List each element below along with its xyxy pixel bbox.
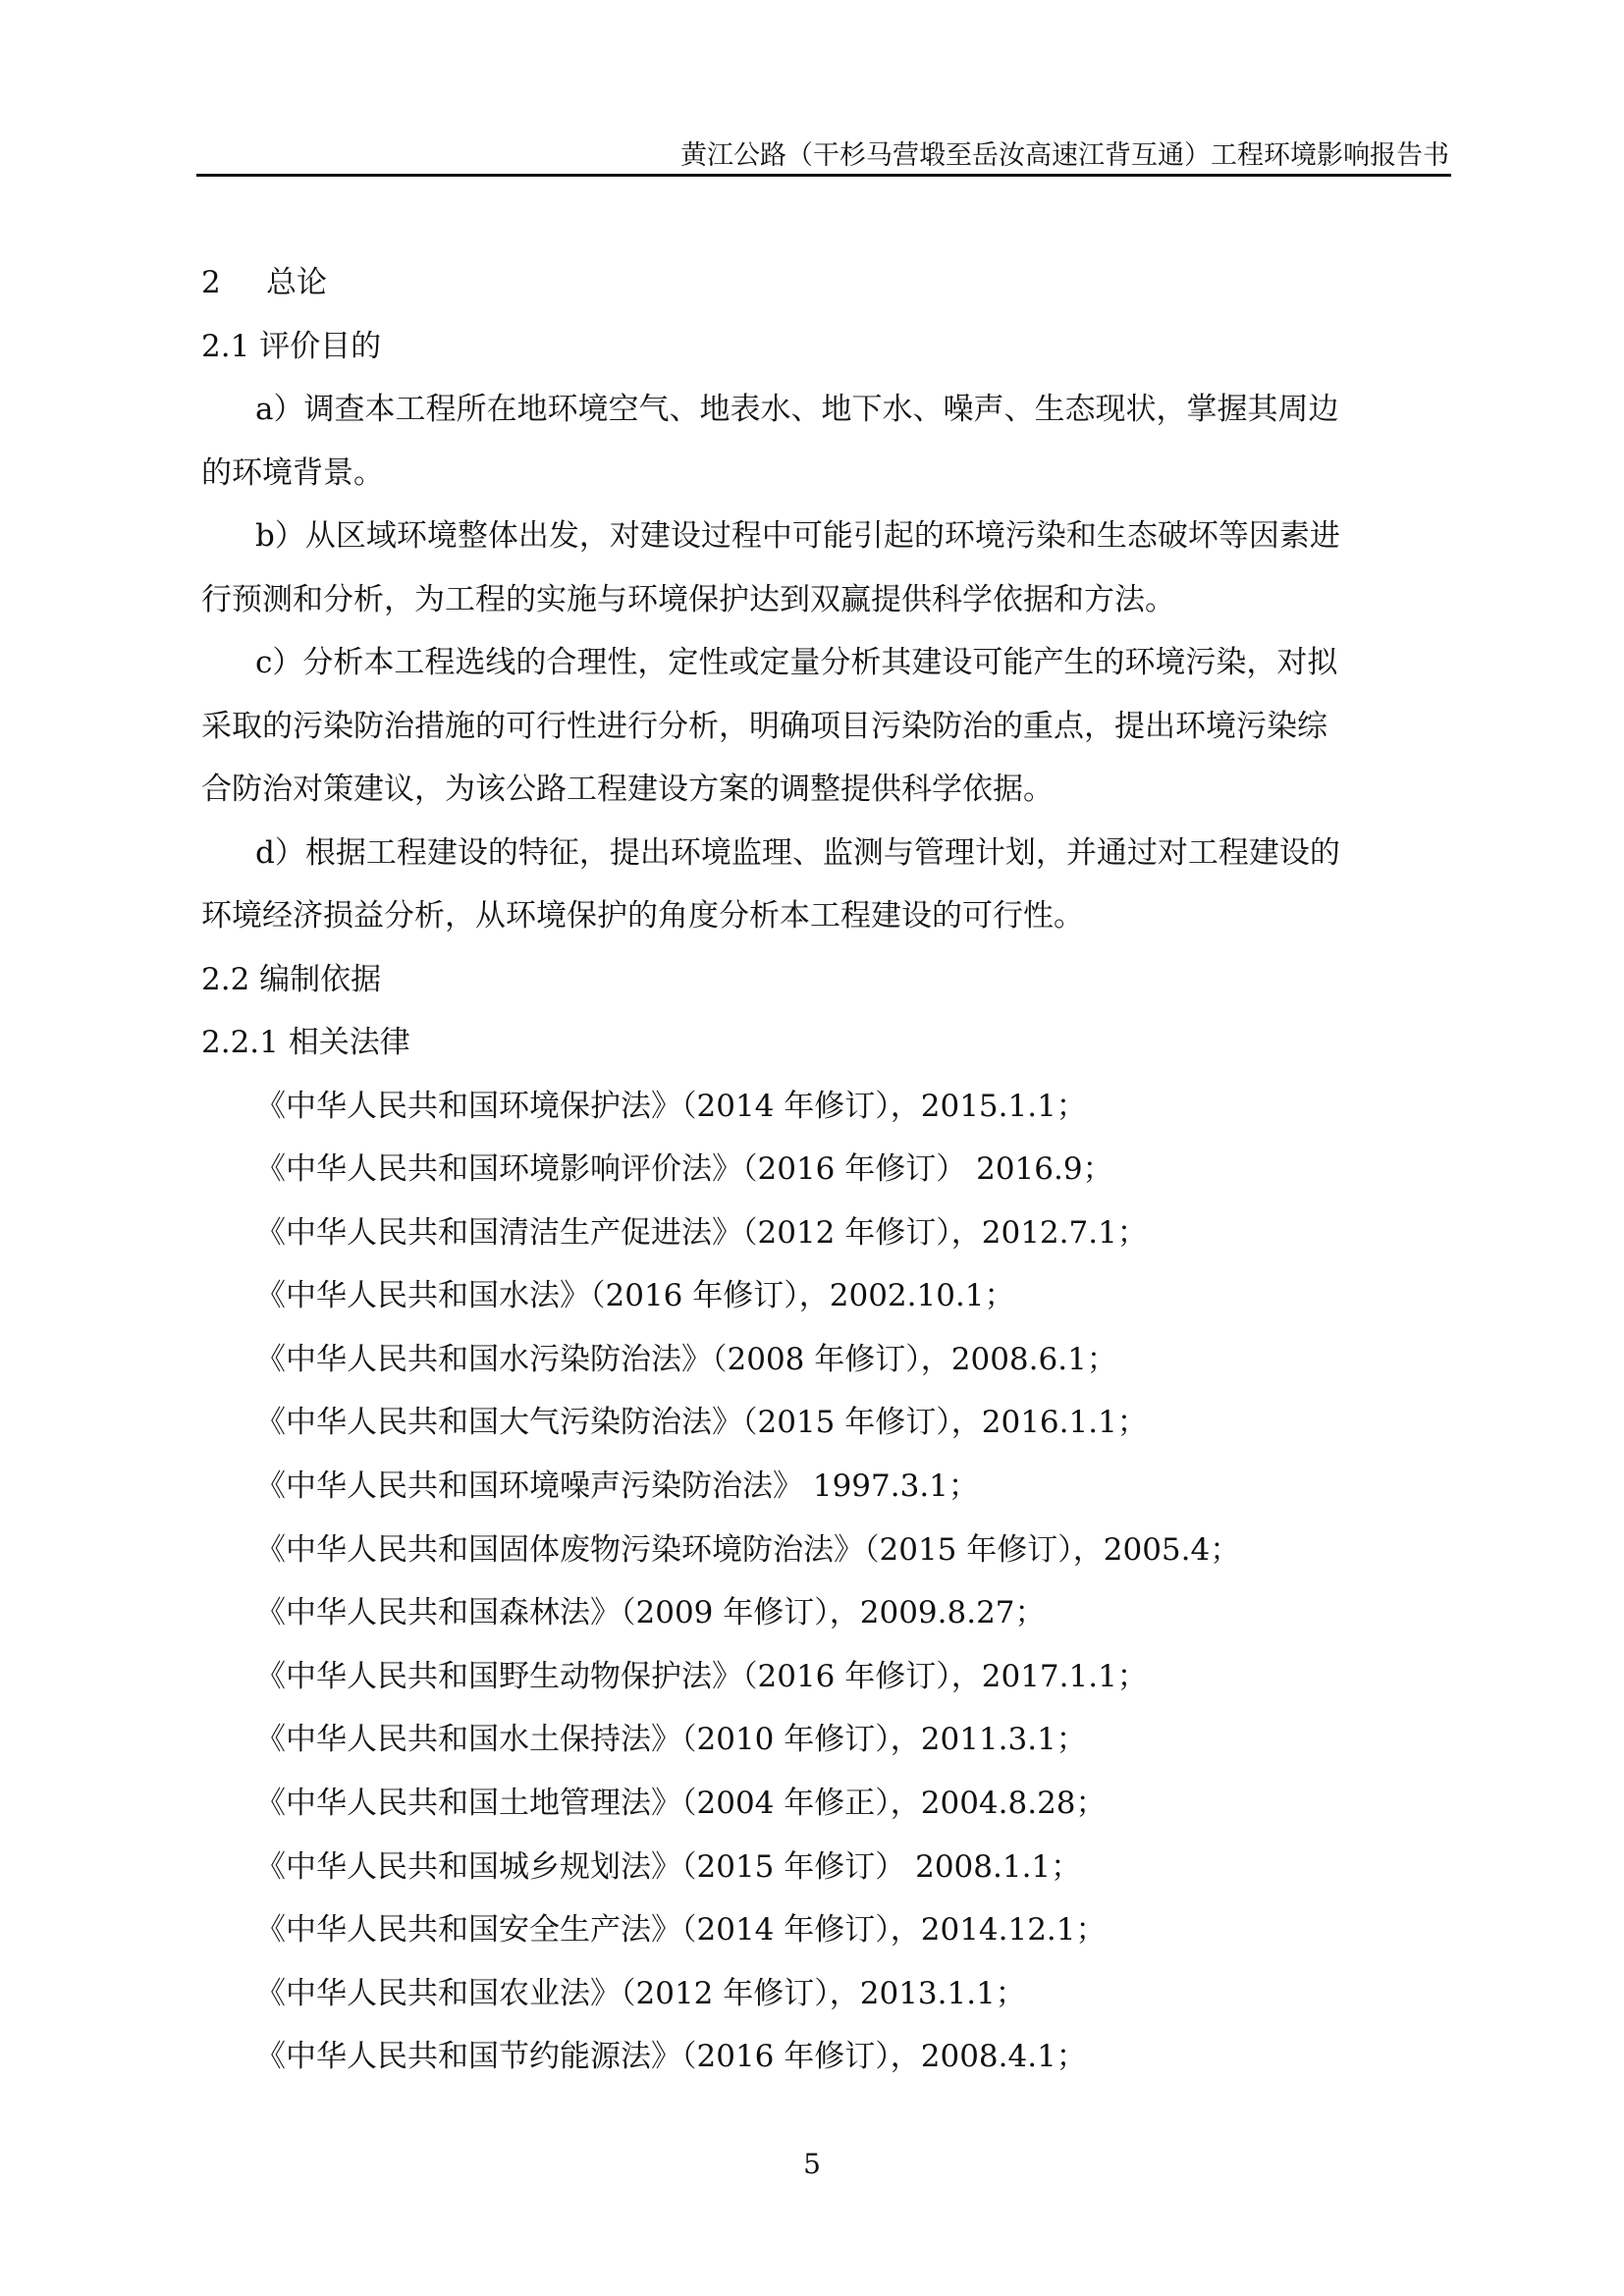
law-item: 《中华人民共和国环境噪声污染防治法》 1997.3.1； [201, 1455, 1448, 1519]
law-item: 《中华人民共和国土地管理法》（2004 年修正），2004.8.28； [201, 1772, 1448, 1836]
subsection-heading-2-2-1: 2.2.1 相关法律 [201, 1011, 1448, 1075]
subsection-number: 2.2.1 [201, 1025, 279, 1060]
purpose-text: 分析本工程选线的合理性，定性或定量分析其建设可能产生的环境污染，对拟 [302, 645, 1337, 680]
law-item: 《中华人民共和国农业法》（2012 年修订），2013.1.1； [201, 1962, 1448, 2026]
purpose-a-line-2: 的环境背景。 [201, 442, 1448, 506]
subsection-number: 2.1 [201, 329, 249, 364]
law-item: 《中华人民共和国安全生产法》（2014 年修订），2014.12.1； [201, 1898, 1448, 1962]
subsection-title: 相关法律 [289, 1025, 410, 1060]
subsection-heading-2-1: 2.1 评价目的 [201, 315, 1448, 379]
subsection-title: 评价目的 [259, 329, 381, 364]
section-title: 总论 [266, 265, 327, 300]
header-divider [196, 174, 1451, 177]
purpose-a-line-1: a）调查本工程所在地环境空气、地表水、地下水、噪声、生态现状，掌握其周边 [201, 378, 1448, 442]
law-item: 《中华人民共和国环境影响评价法》（2016 年修订） 2016.9； [201, 1138, 1448, 1201]
subsection-title: 编制依据 [259, 962, 381, 997]
subsection-heading-2-2: 2.2 编制依据 [201, 948, 1448, 1012]
purpose-label: c） [255, 645, 302, 680]
purpose-c-line-3: 合防治对策建议，为该公路工程建设方案的调整提供科学依据。 [201, 758, 1448, 822]
purpose-text: 从区域环境整体出发，对建设过程中可能引起的环境污染和生态破坏等因素进 [305, 518, 1340, 554]
subsection-number: 2.2 [201, 962, 249, 997]
law-list: 《中华人民共和国环境保护法》（2014 年修订），2015.1.1； 《中华人民… [201, 1075, 1448, 2090]
law-item: 《中华人民共和国城乡规划法》（2015 年修订） 2008.1.1； [201, 1836, 1448, 1899]
purpose-label: b） [255, 518, 305, 554]
purpose-label: d） [255, 835, 305, 871]
purpose-b-line-1: b）从区域环境整体出发，对建设过程中可能引起的环境污染和生态破坏等因素进 [201, 505, 1448, 568]
law-item: 《中华人民共和国清洁生产促进法》（2012 年修订），2012.7.1； [201, 1201, 1448, 1265]
law-item: 《中华人民共和国大气污染防治法》（2015 年修订），2016.1.1； [201, 1391, 1448, 1455]
law-item: 《中华人民共和国节约能源法》（2016 年修订），2008.4.1； [201, 2025, 1448, 2089]
running-header: 黄江公路（干杉马营塅至岳汝高速江背互通）工程环境影响报告书 [680, 133, 1449, 172]
law-item: 《中华人民共和国固体废物污染环境防治法》（2015 年修订），2005.4； [201, 1519, 1448, 1582]
purpose-text: 调查本工程所在地环境空气、地表水、地下水、噪声、生态现状，掌握其周边 [303, 392, 1338, 427]
law-item: 《中华人民共和国环境保护法》（2014 年修订），2015.1.1； [201, 1075, 1448, 1139]
section-number: 2 [201, 251, 266, 315]
purpose-b-line-2: 行预测和分析，为工程的实施与环境保护达到双赢提供科学依据和方法。 [201, 568, 1448, 632]
page-body: 2总论 2.1 评价目的 a）调查本工程所在地环境空气、地表水、地下水、噪声、生… [201, 251, 1448, 2089]
law-item: 《中华人民共和国水法》（2016 年修订），2002.10.1； [201, 1264, 1448, 1328]
purpose-text: 根据工程建设的特征，提出环境监理、监测与管理计划，并通过对工程建设的 [305, 835, 1340, 871]
law-item: 《中华人民共和国野生动物保护法》（2016 年修订），2017.1.1； [201, 1645, 1448, 1709]
section-heading: 2总论 [201, 251, 1448, 315]
page-number: 5 [0, 2148, 1624, 2180]
purpose-c-line-1: c）分析本工程选线的合理性，定性或定量分析其建设可能产生的环境污染，对拟 [201, 631, 1448, 695]
law-item: 《中华人民共和国水土保持法》（2010 年修订），2011.3.1； [201, 1708, 1448, 1772]
purpose-d-line-2: 环境经济损益分析，从环境保护的角度分析本工程建设的可行性。 [201, 884, 1448, 948]
law-item: 《中华人民共和国森林法》（2009 年修订），2009.8.27； [201, 1581, 1448, 1645]
law-item: 《中华人民共和国水污染防治法》（2008 年修订），2008.6.1； [201, 1328, 1448, 1392]
purpose-c-line-2: 采取的污染防治措施的可行性进行分析，明确项目污染防治的重点，提出环境污染综 [201, 695, 1448, 759]
purpose-d-line-1: d）根据工程建设的特征，提出环境监理、监测与管理计划，并通过对工程建设的 [201, 822, 1448, 885]
purpose-label: a） [255, 392, 303, 427]
